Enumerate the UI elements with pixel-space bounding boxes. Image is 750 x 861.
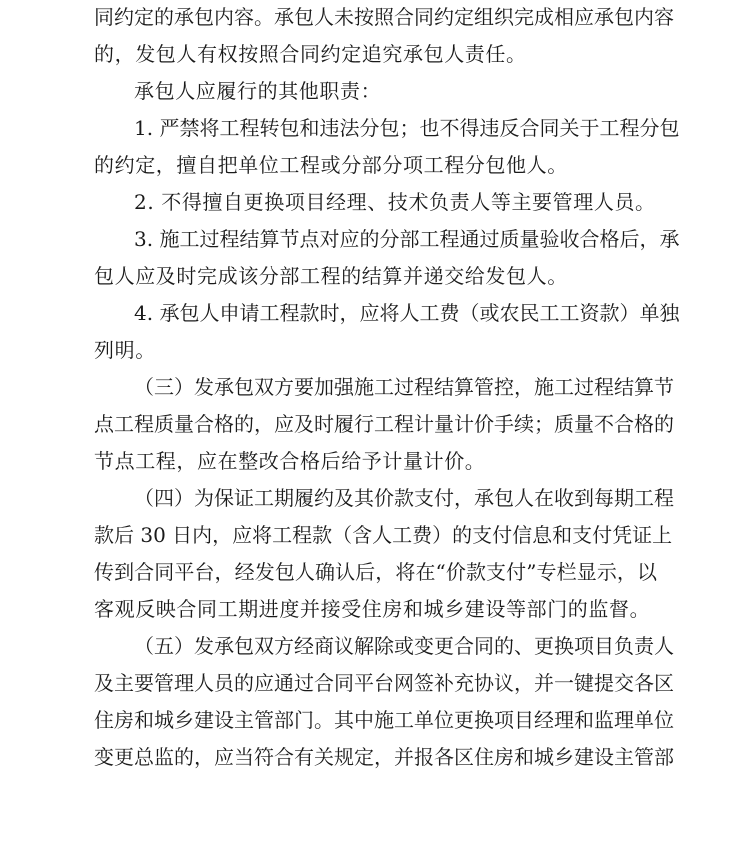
paragraph-line: （五）发承包双方经商议解除或变更合同的、更换项目负责人 (134, 631, 657, 661)
paragraph-line: 同约定的承包内容。承包人未按照合同约定组织完成相应承包内容 (94, 2, 657, 32)
paragraph-line: （三）发承包双方要加强施工过程结算管控，施工过程结算节 (134, 372, 657, 402)
paragraph-line: 变更总监的，应当符合有关规定，并报各区住房和城乡建设主管部 (94, 742, 657, 772)
document-page: 同约定的承包内容。承包人未按照合同约定组织完成相应承包内容 的，发包人有权按照合… (0, 0, 750, 861)
paragraph-line: 的约定，擅自把单位工程或分部分项工程分包他人。 (94, 150, 657, 180)
paragraph-line: 的，发包人有权按照合同约定追究承包人责任。 (94, 39, 657, 69)
paragraph-line: 及主要管理人员的应通过合同平台网签补充协议，并一键提交各区 (94, 668, 657, 698)
paragraph-line: 列明。 (94, 335, 657, 365)
paragraph-line: 节点工程，应在整改合格后给予计量计价。 (94, 446, 657, 476)
paragraph-line: 包人应及时完成该分部工程的结算并递交给发包人。 (94, 261, 657, 291)
paragraph-line: 4. 承包人申请工程款时，应将人工费（或农民工工资款）单独 (134, 298, 657, 328)
paragraph-line: （四）为保证工期履约及其价款支付，承包人在收到每期工程 (134, 483, 657, 513)
paragraph-line: 1. 严禁将工程转包和违法分包；也不得违反合同关于工程分包 (134, 113, 657, 143)
paragraph-line: 传到合同平台，经发包人确认后，将在“价款支付”专栏显示，以 (94, 557, 657, 587)
paragraph-line: 点工程质量合格的，应及时履行工程计量计价手续；质量不合格的 (94, 409, 657, 439)
paragraph-line: 2. 不得擅自更换项目经理、技术负责人等主要管理人员。 (134, 187, 657, 217)
paragraph-line: 住房和城乡建设主管部门。其中施工单位更换项目经理和监理单位 (94, 705, 657, 735)
paragraph-line: 款后 30 日内，应将工程款（含人工费）的支付信息和支付凭证上 (94, 520, 657, 550)
paragraph-line: 客观反映合同工期进度并接受住房和城乡建设等部门的监督。 (94, 594, 657, 624)
paragraph-line: 承包人应履行的其他职责： (134, 76, 657, 106)
paragraph-line: 3. 施工过程结算节点对应的分部工程通过质量验收合格后，承 (134, 224, 657, 254)
